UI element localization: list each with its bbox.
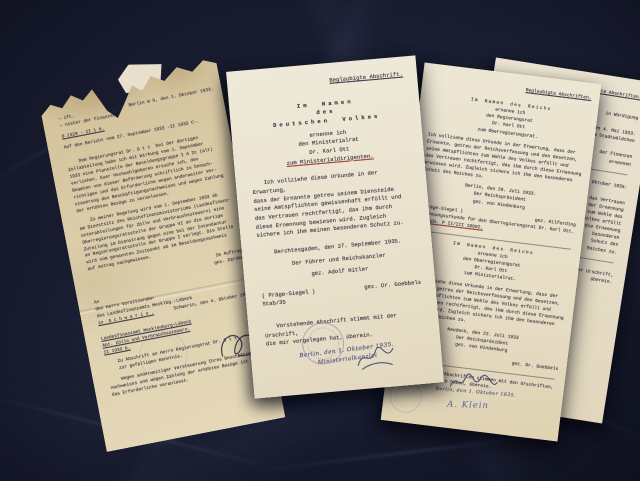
text-fragment [214, 94, 215, 101]
ink-signature: A. Klein [447, 400, 489, 411]
photo-of-documents-on-fabric: Beglaubigte Abschriften.in Würdigungden … [0, 0, 640, 481]
ink-signature [352, 340, 398, 374]
text-line: Beglaubigte Abschrift. [243, 71, 403, 94]
text-fragment: gez. Dr. Goebbels [511, 360, 558, 373]
document-sheet-middle: Beglaubigte Abschrift.Im NamendesDeutsch… [226, 55, 444, 398]
ink-signature [446, 368, 501, 400]
